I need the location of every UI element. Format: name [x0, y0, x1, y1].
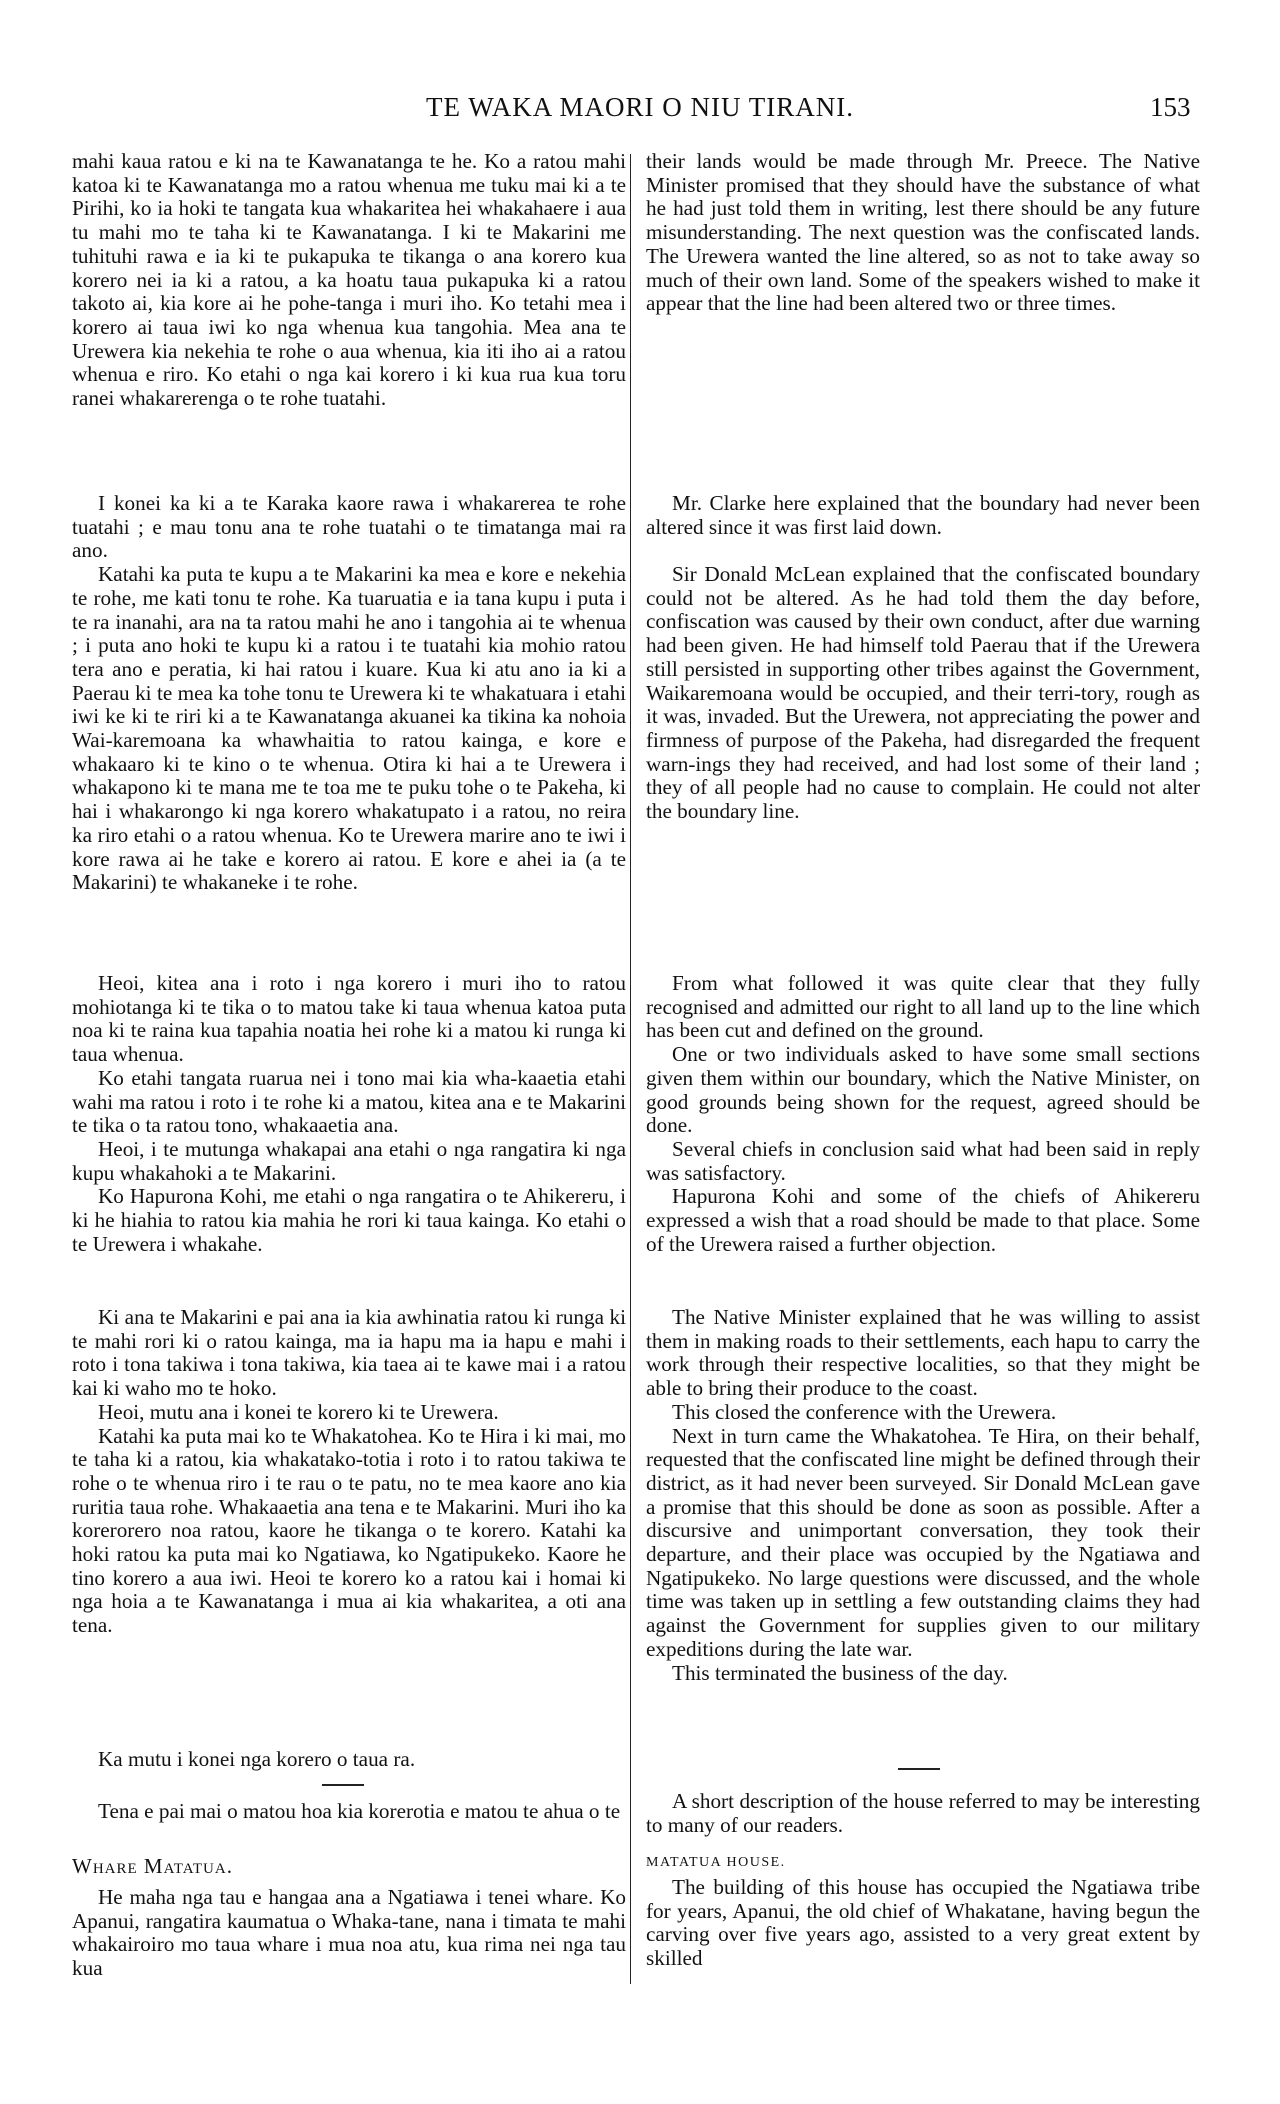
paragraph: This terminated the business of the day. — [646, 1662, 1200, 1686]
right-block-4: From what followed it was quite clear th… — [646, 972, 1200, 1256]
paragraph: Heoi, mutu ana i konei te korero ki te U… — [72, 1401, 626, 1425]
left-block-6: Tena e pai mai o matou hoa kia korerotia… — [72, 1800, 626, 1824]
paragraph: One or two individuals asked to have som… — [646, 1043, 1200, 1138]
paragraph: Sir Donald McLean explained that the con… — [646, 563, 1200, 824]
right-section-heading: MATATUA HOUSE. — [646, 1851, 1200, 1875]
page-number: 153 — [1150, 92, 1191, 123]
paragraph: He maha nga tau e hangaa ana a Ngatiawa … — [72, 1886, 626, 1981]
paragraph: This closed the conference with the Urew… — [646, 1401, 1200, 1425]
left-block-2: I konei ka ki a te Karaka kaore rawa i w… — [72, 492, 626, 895]
left-block-5: Ka mutu i konei nga korero o taua ra. — [72, 1748, 626, 1772]
section-rule — [898, 1768, 940, 1770]
paragraph: Ki ana te Makarini e pai ana ia kia awhi… — [72, 1306, 626, 1401]
paragraph: Ka mutu i konei nga korero o taua ra. — [72, 1748, 626, 1772]
left-block-3: Heoi, kitea ana i roto i nga korero i mu… — [72, 972, 626, 1256]
paragraph: their lands would be made through Mr. Pr… — [646, 150, 1200, 316]
paragraph: The building of this house has occupied … — [646, 1876, 1200, 1971]
section-heading: Whare Matatua. — [72, 1855, 626, 1879]
paragraph: mahi kaua ratou e ki na te Kawanatanga t… — [72, 150, 626, 411]
right-block-7: The building of this house has occupied … — [646, 1876, 1200, 1971]
section-heading: MATATUA HOUSE. — [646, 1851, 1200, 1875]
paragraph: A short description of the house referre… — [646, 1790, 1200, 1837]
paragraph: From what followed it was quite clear th… — [646, 972, 1200, 1043]
paragraph: Hapurona Kohi and some of the chiefs of … — [646, 1185, 1200, 1256]
paragraph: Heoi, kitea ana i roto i nga korero i mu… — [72, 972, 626, 1067]
paragraph: The Native Minister explained that he wa… — [646, 1306, 1200, 1401]
left-block-7: He maha nga tau e hangaa ana a Ngatiawa … — [72, 1886, 626, 1981]
paragraph: Katahi ka puta mai ko te Whakatohea. Ko … — [72, 1425, 626, 1638]
column-divider — [630, 154, 631, 1984]
page-header-title: TE WAKA MAORI O NIU TIRANI. — [0, 92, 1280, 123]
right-block-2: Mr. Clarke here explained that the bound… — [646, 492, 1200, 539]
left-block-4: Ki ana te Makarini e pai ana ia kia awhi… — [72, 1306, 626, 1638]
paragraph: Next in turn came the Whakatohea. Te Hir… — [646, 1425, 1200, 1662]
paragraph: Several chiefs in conclusion said what h… — [646, 1138, 1200, 1185]
paragraph: Ko etahi tangata ruarua nei i tono mai k… — [72, 1067, 626, 1138]
left-block-1: mahi kaua ratou e ki na te Kawanatanga t… — [72, 150, 626, 411]
right-block-5: The Native Minister explained that he wa… — [646, 1306, 1200, 1685]
paragraph: Katahi ka puta te kupu a te Makarini ka … — [72, 563, 626, 895]
paragraph: I konei ka ki a te Karaka kaore rawa i w… — [72, 492, 626, 563]
right-block-6: A short description of the house referre… — [646, 1790, 1200, 1837]
paragraph: Mr. Clarke here explained that the bound… — [646, 492, 1200, 539]
right-block-1: their lands would be made through Mr. Pr… — [646, 150, 1200, 316]
left-section-heading: Whare Matatua. — [72, 1855, 626, 1879]
paragraph: Heoi, i te mutunga whakapai ana etahi o … — [72, 1138, 626, 1185]
right-block-3: Sir Donald McLean explained that the con… — [646, 563, 1200, 824]
section-rule — [322, 1784, 364, 1786]
paragraph: Ko Hapurona Kohi, me etahi o nga rangati… — [72, 1185, 626, 1256]
paragraph: Tena e pai mai o matou hoa kia korerotia… — [72, 1800, 626, 1824]
